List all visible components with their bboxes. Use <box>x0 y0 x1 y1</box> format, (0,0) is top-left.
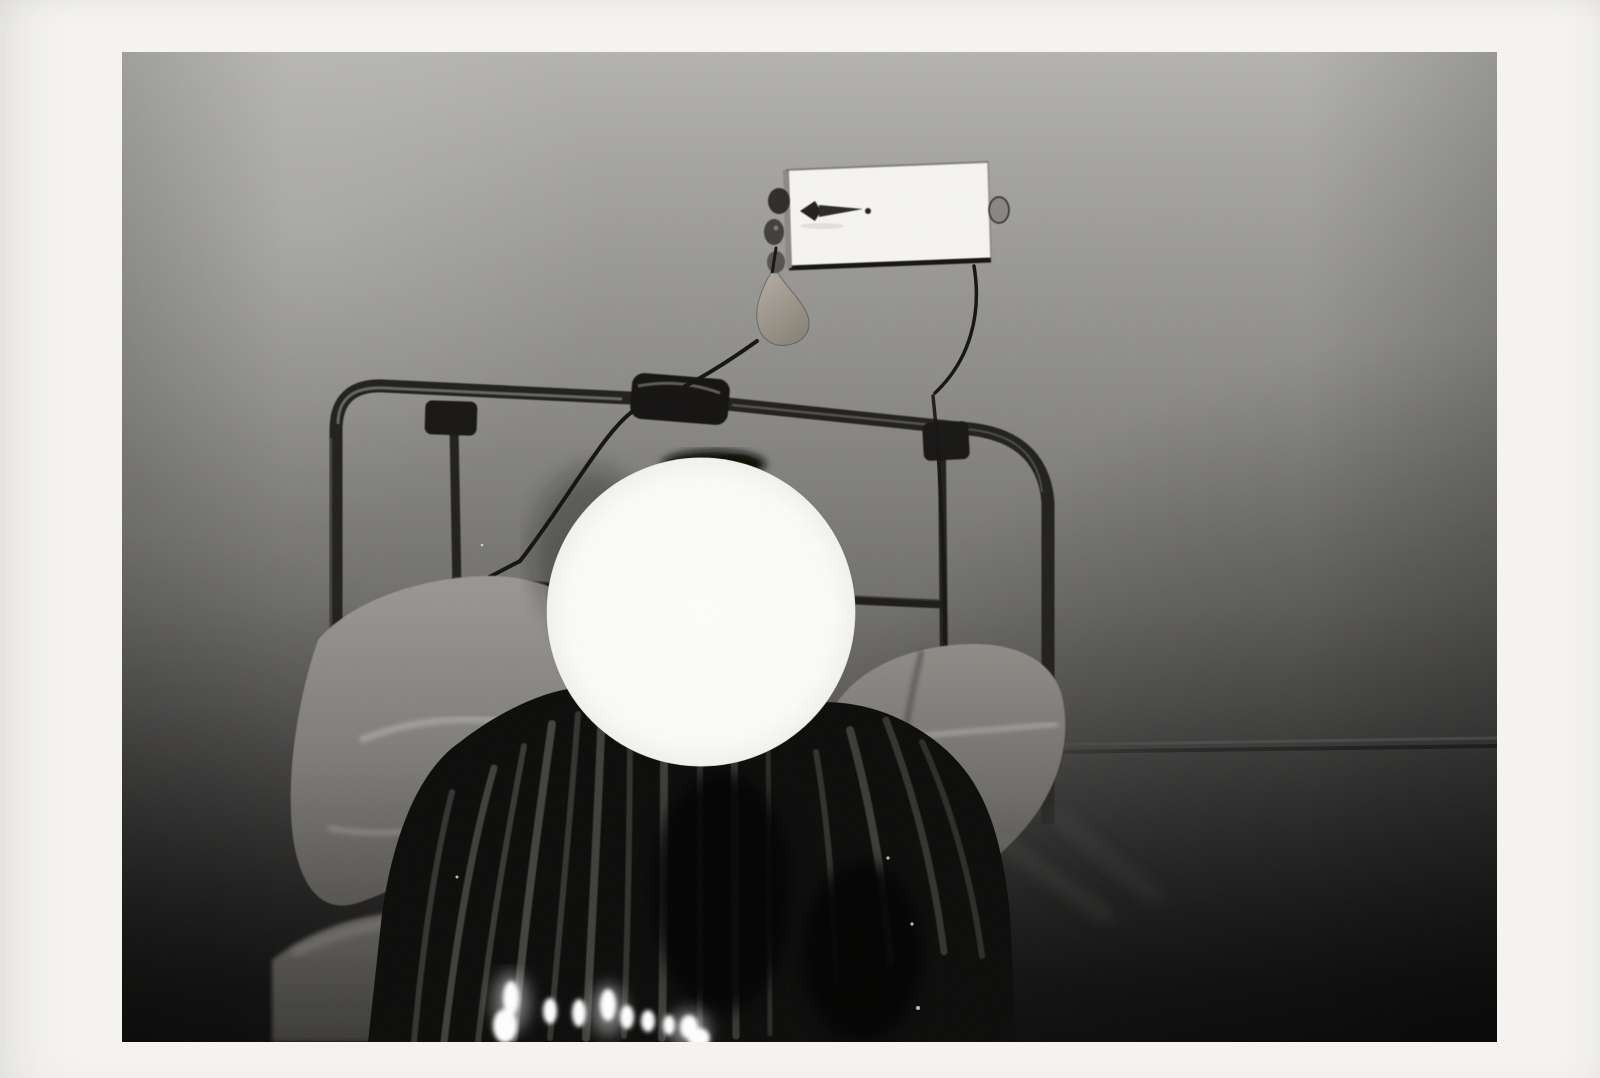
film-grain <box>122 52 1497 1042</box>
photo-scene <box>122 52 1497 1042</box>
photograph <box>122 52 1497 1042</box>
photo-print-border <box>0 0 1600 1078</box>
